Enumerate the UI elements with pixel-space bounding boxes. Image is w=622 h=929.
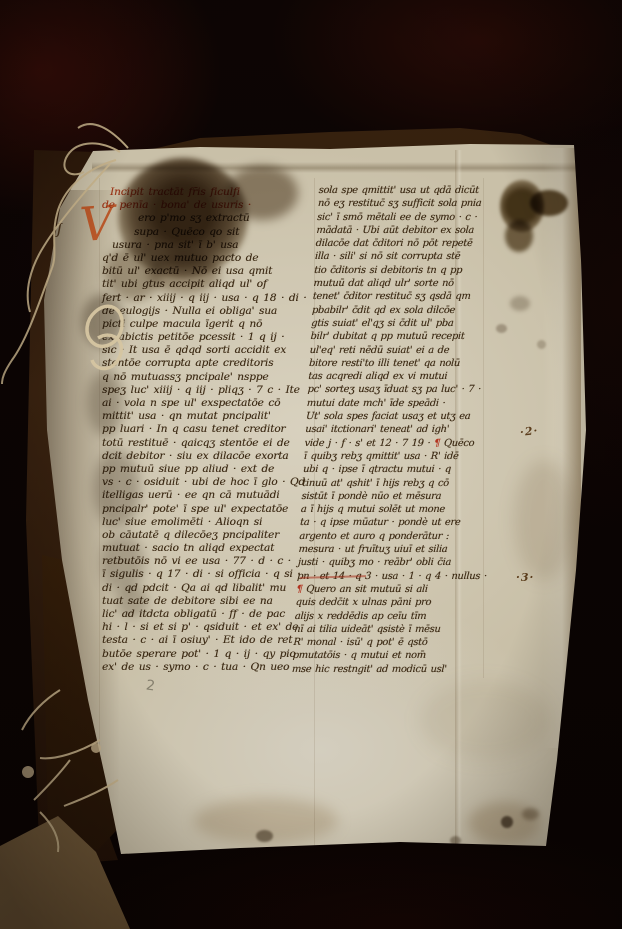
text-line: totū restituē · qaicqʒ stentōe ei de — [102, 437, 307, 450]
margin-smudge — [102, 534, 144, 592]
bottom-spot — [522, 808, 539, 820]
text-line: sistūt ī pondè nūo et mēsura — [301, 490, 491, 503]
margin-smudge — [82, 294, 124, 348]
text-line: a ī hijs q mutui solēt ut mone — [300, 503, 490, 516]
text-line: mse hic restngit' ad modicū usl' — [291, 663, 481, 676]
text-line: tinuū at' qshit' ī hijs rebʒ q cō — [302, 477, 492, 490]
right-faint-stain — [514, 460, 574, 580]
text-line: testa · c · ai ī osiuy' · Et ido de ret — [102, 634, 307, 647]
bottom-blot — [256, 830, 273, 842]
text-line: de eulogijs · Nulla ei obliga' sua — [102, 305, 307, 318]
text-line: ai · vola n spe ul' exspectatōe cō — [102, 397, 307, 410]
small-spot — [537, 340, 546, 349]
text-line: picti culpe macula īgerit q nō — [102, 318, 307, 331]
top-right-stain-tail — [505, 220, 533, 252]
text-line: pp luari · In q casu tenet creditor — [102, 423, 307, 436]
text-line: pc' sorteʒ usaʒ īduat sʒ pa luc' · 7 · — [307, 383, 497, 396]
text-line: sic' ī smō mētali ee de symo · c · — [317, 211, 507, 224]
manuscript-photo: V Incipit tractāt fr̄is ficulfide penīa … — [0, 0, 622, 929]
margin-smudge — [94, 450, 140, 528]
text-line: nō eʒ restituc̄ sʒ sufficit sola pnia — [318, 197, 508, 210]
text-line: pbabilr' c̄dit qd ex sola dilcōe — [312, 304, 502, 317]
text-line: sic · It usa ē qdqd sorti accidit ex — [102, 344, 307, 357]
text-line: usai' itctionari' teneat' ad igh' — [305, 423, 495, 436]
text-line: speʒ luc' xiiij · q iij · pliqʒ · 7 c · … — [102, 384, 307, 397]
margin-smudge — [116, 586, 148, 618]
text-line: justi · quibʒ mo · reābr' obli c̄ia — [297, 556, 487, 569]
text-line: nī ai tilia uideāt' qsistè ī mēsu — [294, 623, 484, 636]
text-line: tas acqredi aliqd ex vi mutui — [308, 370, 498, 383]
text-line: ī quibʒ rebʒ qmittit' usa · R' idē — [303, 450, 493, 463]
text-line: mittit' usa · qn mutat pncipalit' — [102, 410, 307, 423]
text-line: ex' de us · symo · c · tua · Qn ueo — [102, 661, 307, 674]
text-line: tenet' c̄ditor restituc̄ sʒ qsdā qm — [312, 290, 502, 303]
small-spot — [510, 296, 530, 311]
text-line: quis dedc̄it x ulnas pāni pro — [295, 596, 485, 609]
text-column-right: sola spe qmittit' usa ut qdā dicūtnō eʒ … — [291, 184, 508, 676]
right-margin-mark-2: ·2· — [519, 424, 539, 439]
text-line: pmutatōis · q mutui et nom̄ — [292, 649, 482, 662]
paraph-mark-icon: ¶ — [296, 584, 303, 595]
stain-lobe — [106, 244, 162, 300]
faint-showthrough — [420, 680, 550, 760]
text-line: mādatā · Ubi aūt debitor ex sola — [316, 224, 506, 237]
top-right-stain-hook — [530, 190, 568, 216]
text-line: luc' siue emolimēti · Alioqn si — [102, 516, 307, 529]
text-line: dilacōe dat c̄ditori nō pōt repetē — [315, 237, 505, 250]
text-line: mutuū dat aliqd ulr' sorte nō — [313, 277, 503, 290]
text-line: ex abictis petitōe pcessit · 1 q ij · — [102, 331, 307, 344]
text-line: argento et auro q ponderātur : — [299, 530, 489, 543]
text-line: ubi q · ipse ī qtractu mutui · q — [303, 463, 493, 476]
text-line: sola spe qmittit' usa ut qdā dicūt — [318, 184, 508, 197]
text-line: alijs x reddēdis ap ceīu tīm — [294, 610, 484, 623]
text-line: stentōe corrupta apte creditoris — [102, 357, 307, 370]
text-line: vide j · f · s' et 12 · 7 19 · ¶ Quēco — [304, 437, 494, 450]
text-line: illa · sili' si nō sit corrupta stē — [315, 250, 505, 263]
text-line: hi · l · si et si p' · qsiduit · et ex' … — [102, 621, 307, 634]
paraph-mark-icon: ¶ — [434, 438, 441, 449]
text-line: Ut' sola spes faciat usaʒ et utʒ ea — [306, 410, 496, 423]
text-line: bitore resti'to illi tenet' qa nolū — [309, 357, 499, 370]
text-line: bilr' dubitat q pp mutuū recepit — [310, 330, 500, 343]
text-line: ¶ Quero an sit mutuū si ali — [296, 583, 486, 596]
bottom-dark-dot — [501, 816, 513, 828]
text-line: tio c̄ditoris si debitoris tn q pp — [314, 264, 504, 277]
text-line: R' monal · isū' q pot' ē qstō — [293, 636, 483, 649]
text-line: mesura · ut fruītuʒ uiuī et silia — [298, 543, 488, 556]
text-line: butōe sperare pot' · 1 q · ij · qy pio — [102, 648, 307, 661]
small-spot — [496, 324, 507, 333]
margin-smudge — [88, 370, 124, 436]
text-line: ul'eq' reti nēdū suiat' ei a de — [309, 344, 499, 357]
text-line: ta · q ipse mūatur · pondè ut ere — [300, 516, 490, 529]
text-line: gtis suiat' el'qʒ si c̄dit ul' pba — [311, 317, 501, 330]
stain-lobe — [226, 166, 298, 220]
text-line: q nō mutuassʒ pncipale' nsppe — [102, 371, 307, 384]
text-line: mutui date mch' īde speādi · — [306, 397, 496, 410]
